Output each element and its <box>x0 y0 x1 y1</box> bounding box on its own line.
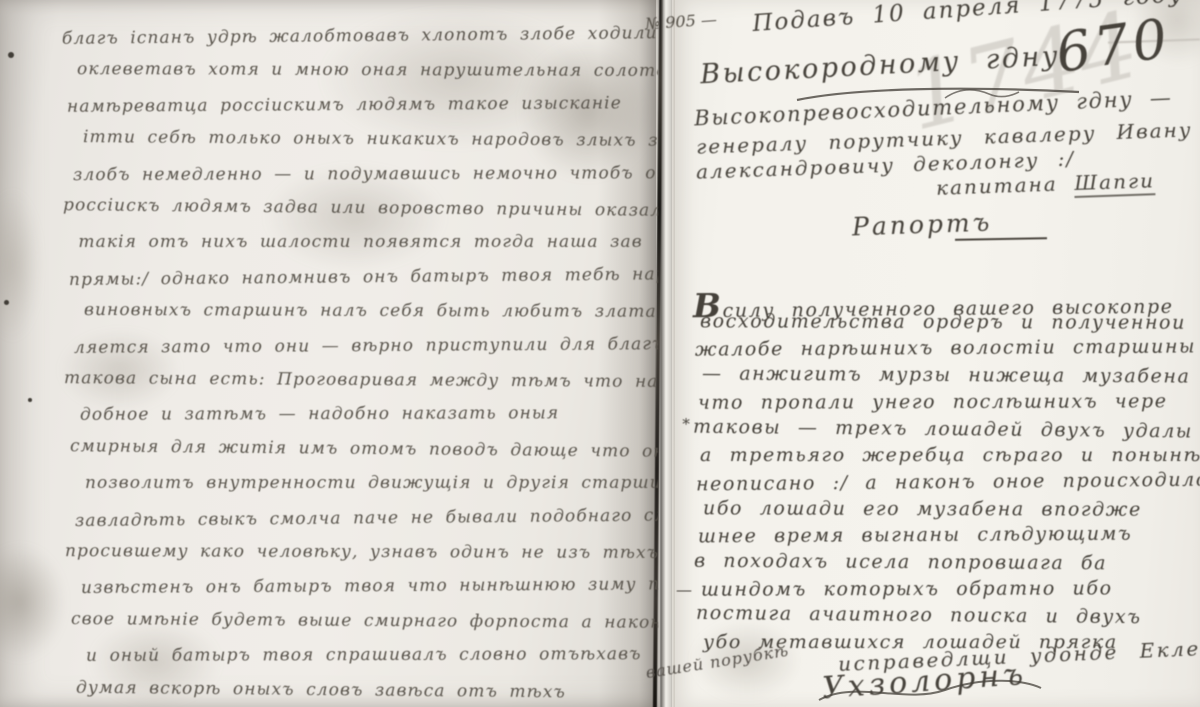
margin-asterisk: ∗ <box>681 412 691 430</box>
manuscript-line: благъ іспанъ удрѣ жалобтовавъ хлопотъ зл… <box>62 23 658 49</box>
manuscript-line: постига ачаитного поиска и двухъ <box>696 602 1142 628</box>
manuscript-scan: благъ іспанъ удрѣ жалобтовавъ хлопотъ зл… <box>0 0 1200 707</box>
manuscript-line: намѣреватца россіискимъ людямъ такое изы… <box>67 93 622 116</box>
manuscript-line: смирныя для житія имъ отомъ поводъ дающе… <box>70 436 658 462</box>
manuscript-line: виновныхъ старшинъ налъ себя быть любитъ… <box>84 300 658 322</box>
manuscript-line: таковы — трехъ лошадей двухъ удалы <box>693 415 1193 442</box>
manuscript-line: свое имѣніе будетъ выше смирнаго форпост… <box>71 609 658 633</box>
manuscript-line: извѣстенъ онъ батыръ твоя что нынѣшнюю з… <box>81 574 658 598</box>
manuscript-line: а третьяго жеребца сѣраго и понынѣ = <box>700 444 1200 466</box>
report-body-text: Всилу полученного вашего высокопревосход… <box>686 0 1200 707</box>
manuscript-line: в походахъ исела попровшага ба <box>693 550 1106 575</box>
margin-dash: — <box>676 580 692 599</box>
signature-flourish <box>815 676 1045 706</box>
manuscript-line: шиндомъ которыхъ обратно ибо <box>700 577 1112 600</box>
manuscript-line: восходительства ордеръ и полученнои <box>699 310 1185 334</box>
manuscript-line: думая вскорѣ оныхъ словъ завѣса отъ тѣхъ <box>76 677 566 702</box>
manuscript-line: неописано :/ а наконъ оное происходило <box>695 468 1200 495</box>
page-edge <box>661 0 675 707</box>
manuscript-line: ибо лошади его музабена впогдже <box>702 497 1141 520</box>
manuscript-line: добное и затѣмъ — надобно наказать оныя <box>79 404 558 426</box>
manuscript-line: оклеветавъ хотя и мною оная нарушительна… <box>77 59 658 81</box>
manuscript-line: ляется зато что они — вѣрно приступили д… <box>74 334 658 358</box>
manuscript-line: жалобе нарѣшнихъ волостіи старшины <box>695 336 1196 361</box>
manuscript-line: что пропали унего послѣшнихъ чере <box>697 390 1167 413</box>
manuscript-line: россіискъ людямъ задва или воровство при… <box>63 195 658 221</box>
manuscript-line: такова сына есть: Проговаривая между тѣм… <box>64 368 658 392</box>
left-page-text: благъ іспанъ удрѣ жалобтовавъ хлопотъ зл… <box>0 0 658 707</box>
manuscript-line: шнее время выгнаны слѣдующимъ <box>698 523 1132 548</box>
manuscript-line: злобъ немедленно — и подумавшись немочно… <box>73 163 658 185</box>
manuscript-line: ітти себѣ только оныхъ никакихъ народовъ… <box>83 127 658 151</box>
manuscript-line: позволитъ внутренности движущія и другія… <box>85 473 658 493</box>
manuscript-line: — анжигитъ мурзы нижеща музабена <box>702 363 1191 388</box>
manuscript-line: и оный батыръ твоя спрашивалъ словно отъ… <box>86 644 642 666</box>
manuscript-line: завладѣть свыкъ смолча паче не бывали по… <box>75 505 658 531</box>
manuscript-line: просившему како человѣку, узнавъ одинъ н… <box>65 541 658 563</box>
manuscript-line: такія отъ нихъ шалости появятся тогда на… <box>78 232 642 252</box>
manuscript-line: прямы:/ однако напомнивъ онъ батыръ твоя… <box>68 264 658 290</box>
